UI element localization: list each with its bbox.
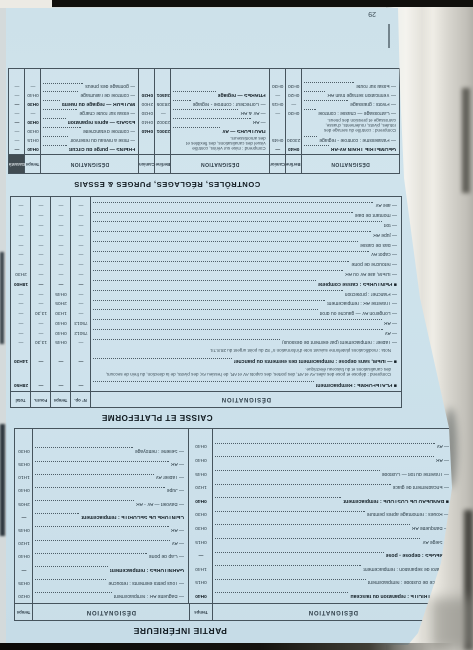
table-group-row: ■ BANDEAU DE CUSTODE : remplacement0H40	[189, 497, 449, 503]
row-label: — contrôle d'étanchéité	[83, 127, 135, 133]
table-row: — Encadrement de glace1H20	[189, 484, 449, 490]
dotted-leader	[43, 118, 66, 122]
dotted-leader	[215, 538, 420, 542]
table-row: — AR750130H40——	[11, 319, 397, 325]
table-group-row: ■ ÉLECTRICITÉ : réparation du faisceau0H…	[189, 592, 449, 598]
col-header: Garantie	[9, 155, 25, 173]
dotted-leader	[43, 145, 67, 149]
row-value: 75013	[71, 319, 91, 325]
row-value: 0H40	[25, 145, 41, 151]
row-label: — Tablier : remplacement (par élément de…	[282, 339, 397, 345]
dotted-leader	[43, 100, 60, 104]
row-label: — Essai sur route	[356, 82, 396, 88]
table-group-row: HAUTEURS — AV230010H40	[139, 127, 265, 133]
temps-header: Temps	[189, 604, 213, 620]
scan-artifact-mark	[388, 24, 390, 48]
table-a-left-pane: ■ ÉLECTRICITÉ : réparation du faisceau0H…	[189, 428, 453, 603]
row-value: —	[9, 83, 25, 89]
row-value: —	[31, 270, 51, 276]
row-value: 0H30	[286, 82, 302, 88]
row-value: 2H05	[51, 300, 71, 306]
row-value: 0H35	[15, 461, 33, 467]
dotted-leader	[93, 270, 343, 274]
row-value: —	[31, 381, 51, 387]
row-label: — Traverse du toit — Custode	[382, 470, 449, 476]
binding-shadow	[0, 424, 5, 536]
row-value: —	[31, 290, 51, 296]
row-value: 0H40	[25, 92, 41, 98]
row-value: 0H30	[25, 127, 41, 133]
row-label: — Jupe	[167, 487, 184, 493]
row-value: —	[11, 212, 31, 218]
row-value: —	[71, 261, 91, 267]
column-rule	[30, 196, 31, 391]
row-value: 0H15	[189, 579, 213, 585]
row-value: —	[11, 251, 31, 257]
row-value: —	[51, 241, 71, 247]
row-value: 0H45	[189, 470, 213, 476]
row-value: —	[71, 300, 91, 306]
row-label: CEINTURE DE SÉCURITÉ : remplacement	[81, 513, 184, 519]
table-row: — Pivots : graissage—0H15	[270, 100, 396, 106]
row-value: —	[9, 92, 25, 98]
binding-shadow	[0, 252, 4, 344]
table-row: — mise à niveau du réservoir0H15—	[9, 136, 135, 142]
row-value: 0H30	[15, 447, 33, 453]
row-value: —	[189, 552, 213, 558]
table-group-row: CEINTURE DE SÉCURITÉ : remplacement—	[15, 513, 184, 519]
row-label: — mise à niveau du réservoir	[70, 136, 135, 142]
table-row: — Carrossage — chasse : contrôle0H30—	[270, 109, 396, 115]
row-value: 0H45	[15, 526, 33, 532]
dotted-leader	[43, 136, 68, 140]
row-value: 0H30	[139, 109, 155, 115]
table-group-row: ■ — IDEM, sans dépose : remplacement des…	[11, 358, 397, 364]
dotted-leader	[35, 553, 147, 557]
table-c-pane: DÉSIGNATIONTempsGarantieFREINS — purge d…	[9, 69, 139, 173]
table-row: — jupe AR————	[11, 231, 397, 237]
dotted-leader	[93, 310, 318, 314]
row-label: — gonflage des pneus	[85, 83, 135, 89]
row-value: 0H40	[15, 487, 33, 493]
row-label: — capot AV	[371, 251, 397, 257]
row-value: 23001	[155, 127, 171, 133]
row-label: — essai sur route chargé	[79, 109, 135, 115]
dotted-leader	[93, 300, 325, 304]
row-value: —	[51, 231, 71, 237]
dotted-leader	[93, 251, 369, 255]
table-b-header-row: DÉSIGNATION N° op. Temps Fourn. Total	[11, 391, 401, 407]
row-label: — AR	[171, 461, 184, 467]
dotted-leader	[35, 474, 154, 478]
row-value: 0H30	[189, 524, 213, 530]
row-label: — Pivots : graissage	[350, 100, 396, 106]
table-controles-reglages: DÉSIGNATIONBerlineCamionGÉOMÉTRIE TRAIN …	[8, 68, 400, 174]
row-label: — Carrossage — chasse : contrôle	[318, 109, 396, 115]
dotted-leader	[43, 92, 78, 96]
row-label: — Traverse AR : remplacement	[327, 300, 397, 306]
table-note-row: Comprend : mise sur vérins, contrôle vis…	[173, 136, 265, 151]
row-value: —	[11, 261, 31, 267]
dotted-leader	[93, 358, 232, 362]
dotted-leader	[93, 202, 373, 206]
table-row: — Roues : remontage après peinture0H30	[189, 511, 449, 517]
designation-header: DÉSIGNATION	[302, 155, 399, 173]
row-value: 23002	[155, 118, 171, 124]
table-row: — Siège AV0H15	[189, 538, 449, 544]
dotted-leader	[93, 280, 316, 284]
row-value: 0H45	[270, 136, 286, 142]
dotted-leader	[35, 540, 170, 544]
row-value: —	[71, 221, 91, 227]
row-value: 0H40	[189, 592, 213, 598]
table-row: — contrôle d'étanchéité0H30—	[9, 127, 135, 133]
table-row: — Correcteur : contrôle - réglage283052H…	[139, 100, 265, 106]
row-value: —	[11, 202, 31, 208]
row-value: 0H15	[25, 136, 41, 142]
table-row: — Parallélisme : contrôle - réglage23030…	[270, 136, 396, 142]
section-title-partie-inferieure: PARTIE INFÉRIEURE	[0, 626, 400, 636]
scanner-edge-strip-bottom	[0, 643, 473, 650]
row-value: —	[11, 300, 31, 306]
row-value: 2H30	[11, 270, 31, 276]
row-label: GÉOMÉTRIE TRAIN AV-AR	[331, 145, 396, 151]
row-label: ■ PEINTURES : caisse complète	[318, 280, 397, 286]
row-value: —	[31, 202, 51, 208]
row-value: 0H40	[286, 145, 302, 151]
row-value: 75012	[71, 329, 91, 335]
row-value: —	[31, 212, 51, 218]
table-row: — Traverse du toit — Custode0H45	[189, 470, 449, 476]
row-value: —	[31, 329, 51, 335]
row-value: —	[11, 310, 31, 316]
table-row: — Baguette AR : remplacement0H20	[15, 592, 184, 598]
row-value: —	[11, 290, 31, 296]
row-value: 2H00	[139, 100, 155, 106]
row-value: 0H40	[189, 456, 213, 462]
row-value: 1H20	[189, 484, 213, 490]
row-label: ■ PLATEFORME : Remplacement	[316, 381, 397, 387]
row-label: — Banquette AR	[412, 524, 449, 530]
row-label: — Baguette AR : remplacement	[114, 592, 184, 598]
table-row: — Tablier AV1H10	[15, 474, 184, 480]
row-label: — toit	[384, 221, 397, 227]
table-row: — Plancher : protection—0H45——	[11, 290, 397, 296]
section-title-caisse-et-plateforme: CAISSE ET PLATEFORME	[0, 413, 353, 422]
row-label: MOTEUR — réglage du ralenti	[62, 100, 136, 106]
dotted-leader	[35, 487, 165, 491]
row-label: — contrôle de l'allumage	[80, 92, 135, 98]
row-label: — Tous petits éléments : retouche	[108, 579, 184, 585]
table-c-header-row: DÉSIGNATIONBerlineCamion	[270, 154, 399, 173]
table-group-row: MOTEUR — réglage du ralenti0H30—	[9, 100, 135, 106]
table-row: — Longeron AV — gauche ou droit—1H3013,3…	[11, 310, 397, 316]
table-group-row: ■ PEINTURES : caisse complète———18H00	[11, 280, 397, 286]
table-caisse-et-plateforme: DÉSIGNATION N° op. Temps Fourn. Total ■ …	[10, 196, 402, 408]
row-value: —	[31, 221, 51, 227]
row-value: —	[51, 381, 71, 387]
row-value: 28H50	[11, 381, 31, 387]
table-row: — AV & AR—0H30	[139, 109, 265, 115]
row-label: — AV	[385, 329, 397, 335]
row-value: —	[71, 251, 91, 257]
row-value: —	[9, 136, 25, 142]
dotted-leader	[173, 109, 238, 113]
dotted-leader	[215, 565, 361, 569]
row-value: —	[71, 381, 91, 387]
dotted-leader	[304, 109, 317, 113]
dotted-leader	[43, 127, 81, 131]
manual-page: PARTIE INFÉRIEURE DÉSIGNATION Temps DÉSI…	[6, 8, 462, 645]
table-c-header-row: DÉSIGNATIONBerlineCamion	[139, 154, 268, 173]
dotted-leader	[215, 484, 391, 488]
row-value: —	[25, 109, 41, 115]
row-value: —	[9, 109, 25, 115]
row-label: — Correcteur : contrôle - réglage	[193, 100, 266, 106]
table-row: — Traverse AR : remplacement—2H05——	[11, 300, 397, 306]
table-group-row: GÉOMÉTRIE TRAIN AV-AR0H40—	[270, 145, 396, 151]
table-row: — AR0H45	[15, 526, 184, 532]
dotted-leader	[93, 339, 280, 343]
row-label: — Longeron AV — gauche ou droit	[320, 310, 397, 316]
table-a-header-row: DÉSIGNATION Temps DÉSIGNATION Temps	[15, 603, 453, 620]
row-label: — Parallélisme : contrôle - réglage	[319, 136, 396, 142]
row-label: PHARES — réglage	[218, 91, 266, 97]
row-value: 13,30	[31, 310, 51, 316]
dotted-leader	[215, 552, 384, 556]
row-value: —	[51, 280, 71, 286]
row-label: HAUTEURS — AV	[222, 127, 266, 133]
row-value: —	[270, 145, 286, 151]
table-note-row: Comprend : contrôle du serrage des rotul…	[304, 118, 396, 133]
row-label: — Plancher : protection	[345, 290, 397, 296]
table-row: — Essai sur route0H300H30	[270, 82, 396, 88]
row-value: 2H05	[15, 500, 33, 506]
upside-down-print-area: PARTIE INFÉRIEURE DÉSIGNATION Temps DÉSI…	[6, 8, 462, 645]
scanned-manual-page: PARTIE INFÉRIEURE DÉSIGNATION Temps DÉSI…	[0, 0, 473, 650]
table-row: — Tous petits éléments : retouche0H35	[15, 579, 184, 585]
row-value: 0H30	[139, 91, 155, 97]
row-value: —	[31, 241, 51, 247]
row-value: —	[71, 280, 91, 286]
table-a-body: ■ ÉLECTRICITÉ : réparation du faisceau0H…	[15, 428, 453, 603]
temps-header: Temps	[15, 604, 33, 620]
dotted-leader	[93, 290, 343, 294]
row-value: 0H15	[270, 100, 286, 106]
scanner-corner	[0, 0, 52, 8]
table-row: — essai sur route chargé——	[9, 109, 135, 115]
dotted-leader	[93, 319, 382, 323]
row-value: 0H30	[270, 82, 286, 88]
row-value: —	[31, 319, 51, 325]
dotted-leader	[215, 443, 435, 447]
row-value: 1H30	[51, 310, 71, 316]
table-group-row: PHARES — réglage345010H30	[139, 91, 265, 97]
row-value: 13,30	[31, 339, 51, 345]
dotted-leader	[93, 329, 383, 333]
dotted-leader	[35, 500, 134, 504]
row-value: —	[11, 231, 31, 237]
page-number: 29	[368, 10, 376, 17]
table-c-header-row: DÉSIGNATIONTempsGarantie	[9, 154, 138, 173]
row-value: 0H35	[15, 579, 33, 585]
row-label: — AR	[253, 118, 266, 124]
column-rule	[50, 196, 51, 391]
table-row: — Glace de custode : remplacement0H15	[189, 579, 449, 585]
row-value: —	[51, 221, 71, 227]
row-label: — retouche de porte	[351, 261, 397, 267]
row-value: —	[51, 261, 71, 267]
designation-header: DÉSIGNATION	[213, 604, 453, 620]
dotted-leader	[93, 231, 371, 235]
dotted-leader	[173, 127, 220, 131]
row-value: 0H30	[189, 511, 213, 517]
dotted-leader	[35, 579, 106, 583]
table-row: — AV1H20	[15, 540, 184, 546]
row-value: —	[31, 358, 51, 364]
row-label: — bas de caisse	[360, 241, 397, 247]
table-row: — AR230020H40	[139, 118, 265, 124]
designation-header: DÉSIGNATION	[171, 155, 268, 173]
row-value: 1H10	[15, 474, 33, 480]
dotted-leader	[304, 100, 348, 104]
row-label: ■ BANDEAU DE CUSTODE : remplacement	[343, 497, 449, 503]
row-value: —	[31, 251, 51, 257]
row-label: ■ SIÈGES : dépose - pose	[386, 552, 449, 558]
table-row: — gonflage des pneus——	[9, 83, 135, 89]
row-value: —	[9, 127, 25, 133]
row-label: — AV	[437, 443, 449, 449]
row-value: —	[51, 251, 71, 257]
table-row: — Tablier : remplacement (par élément de…	[11, 339, 397, 345]
section-title-controles-reglages: CONTRÔLES, RÉGLAGES, PURGES & ESSAIS	[0, 180, 363, 189]
table-row: — IDEM, aile AV ou AR———2H30	[11, 270, 397, 276]
col-header: N° op.	[71, 392, 91, 407]
designation-header: DÉSIGNATION	[41, 155, 138, 173]
row-label: — Roues : remontage après peinture	[367, 511, 449, 517]
dotted-leader	[215, 511, 365, 515]
row-value: —	[31, 280, 51, 286]
col-header: Berline	[155, 155, 171, 173]
row-value: 0H40	[15, 553, 33, 559]
row-value: 0H45	[51, 339, 71, 345]
row-value: —	[71, 310, 91, 316]
dotted-leader	[93, 212, 353, 216]
row-label: — Cap de porte	[149, 553, 184, 559]
row-value: 0H15	[189, 538, 213, 544]
row-value: —	[51, 270, 71, 276]
designation-header: DÉSIGNATION	[91, 392, 401, 407]
table-group-row: ■ SIÈGES : dépose - pose—	[189, 552, 449, 558]
row-value: —	[9, 145, 25, 151]
row-value: 28305	[155, 100, 171, 106]
table-row: — capot AV————	[11, 251, 397, 257]
column-rule	[90, 196, 91, 391]
dotted-leader	[215, 592, 348, 596]
table-row: — contrôle de l'allumage0H40—	[9, 92, 135, 98]
scanner-edge-strip-top	[52, 0, 473, 7]
row-label: — jupe AR	[373, 231, 397, 237]
table-a-right-pane: — Baguette AR : remplacement0H20— Tous p…	[15, 428, 189, 603]
row-label: ■ — IDEM, sans dépose : remplacement des…	[234, 358, 397, 364]
table-group-row: FREINS — purge du circuit0H40—	[9, 145, 135, 151]
row-value: —	[11, 241, 31, 247]
row-value: 0H20	[286, 91, 302, 97]
row-value: —	[11, 221, 31, 227]
row-value: —	[71, 202, 91, 208]
row-value: —	[15, 513, 33, 519]
dotted-leader	[93, 221, 382, 225]
dotted-leader	[35, 461, 169, 465]
table-row: — Paroi de séparation : remplacement1H40	[189, 565, 449, 571]
table-row: — Sellerie : nettoyage0H30	[15, 447, 184, 453]
row-value: —	[9, 118, 25, 124]
row-value: 0H40	[51, 329, 71, 335]
dotted-leader	[173, 118, 250, 122]
table-row: — aile AV————	[11, 202, 397, 208]
col-header: Camion	[139, 155, 155, 173]
col-header: Temps	[25, 155, 41, 173]
row-value: 0H30	[25, 118, 41, 124]
row-value: —	[71, 290, 91, 296]
row-label: GARNITURES : remplacement	[110, 566, 184, 572]
row-value: 23030	[286, 136, 302, 142]
table-row: — AR0H35	[15, 461, 184, 467]
dotted-leader	[215, 470, 380, 474]
row-value: 0H40	[189, 497, 213, 503]
row-label: — montant de baie	[355, 212, 397, 218]
dotted-leader	[215, 456, 434, 460]
dotted-leader	[43, 109, 77, 113]
dotted-leader	[93, 381, 314, 385]
table-c-pane: DÉSIGNATIONBerlineCamionGÉOMÉTRIE TRAIN …	[270, 69, 399, 173]
col-header: Temps	[51, 392, 71, 407]
row-label: — Paroi de séparation : remplacement	[363, 565, 449, 571]
row-value: 34501	[155, 91, 171, 97]
scan-artifact	[462, 88, 470, 193]
table-c-pane-body: FREINS — purge du circuit0H40—— mise à n…	[9, 69, 138, 154]
row-value: —	[11, 339, 31, 345]
row-label: — AR	[436, 456, 449, 462]
designation-header: DÉSIGNATION	[33, 604, 189, 620]
row-value: —	[270, 109, 286, 115]
dotted-leader	[304, 136, 318, 140]
dotted-leader	[35, 447, 133, 451]
row-label: — AV	[172, 540, 184, 546]
col-header: Fourn.	[31, 392, 51, 407]
row-value: 0H20	[15, 592, 33, 598]
row-value: —	[25, 83, 41, 89]
row-value: —	[71, 241, 91, 247]
row-label: — Encadrement de glace	[393, 484, 449, 490]
column-rule	[70, 196, 71, 391]
row-value: —	[155, 109, 171, 115]
table-row: — Jupe0H40	[15, 487, 184, 493]
row-value: 1H20	[15, 540, 33, 546]
dotted-leader	[35, 526, 169, 530]
table-partie-inferieure: DÉSIGNATION Temps DÉSIGNATION Temps ■ ÉL…	[14, 428, 454, 621]
table-row: — Vérification serrage train AR0H20—	[270, 91, 396, 97]
table-row: — montant de baie————	[11, 212, 397, 218]
row-label: — Sellerie : nettoyage	[135, 447, 184, 453]
row-value: —	[9, 100, 25, 106]
row-label: — Tablier AV	[156, 474, 184, 480]
table-c-pane-body: GÉOMÉTRIE TRAIN AV-AR0H40—— Parallélisme…	[270, 69, 399, 154]
row-value: —	[11, 329, 31, 335]
dotted-leader	[35, 513, 79, 517]
table-note-row: Comprend : dépose et pose des ailes AV e…	[95, 367, 391, 377]
table-row: — AV750120H40——	[11, 329, 397, 335]
